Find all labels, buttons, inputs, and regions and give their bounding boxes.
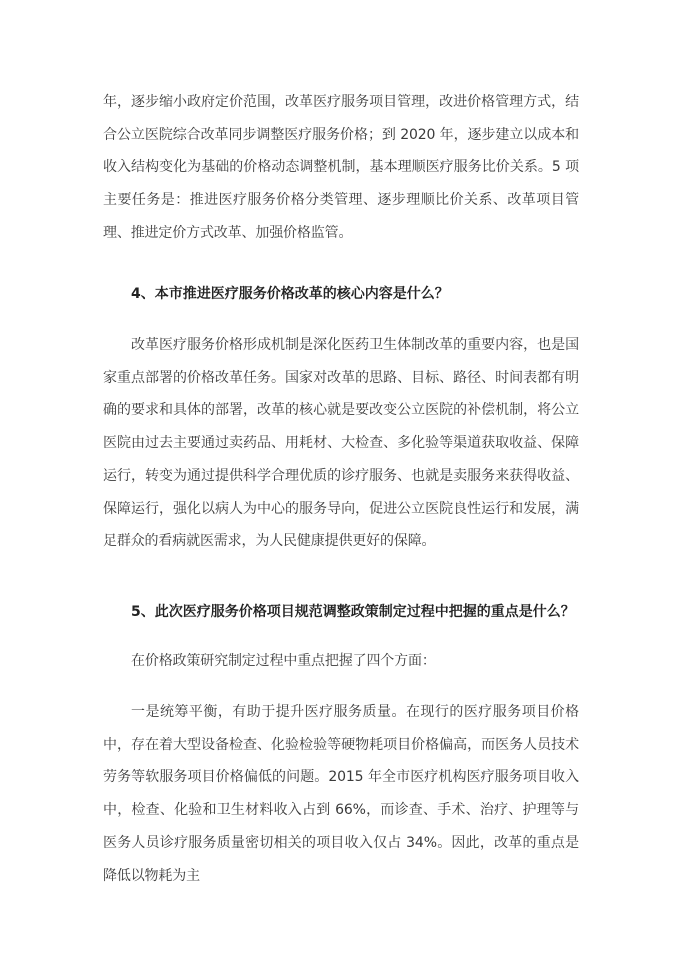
document-page: 年，逐步缩小政府定价范围，改革医疗服务项目管理，改进价格管理方式，结合公立医院综… [0, 0, 680, 961]
section-4-paragraph: 改革医疗服务价格形成机制是深化医药卫生体制改革的重要内容，也是国家重点部署的价格… [103, 329, 579, 558]
section-5-point-1: 一是统筹平衡，有助于提升医疗服务质量。在现行的医疗服务项目价格中，存在着大型设备… [103, 696, 579, 892]
section-4-heading: 4、本市推进医疗服务价格改革的核心内容是什么？ [103, 278, 579, 311]
section-5-intro: 在价格政策研究制定过程中重点把握了四个方面： [103, 645, 579, 678]
paragraph-continuation: 年，逐步缩小政府定价范围，改革医疗服务项目管理，改进价格管理方式，结合公立医院综… [103, 86, 579, 250]
section-5-heading: 5、此次医疗服务价格项目规范调整政策制定过程中把握的重点是什么？ [103, 596, 579, 629]
